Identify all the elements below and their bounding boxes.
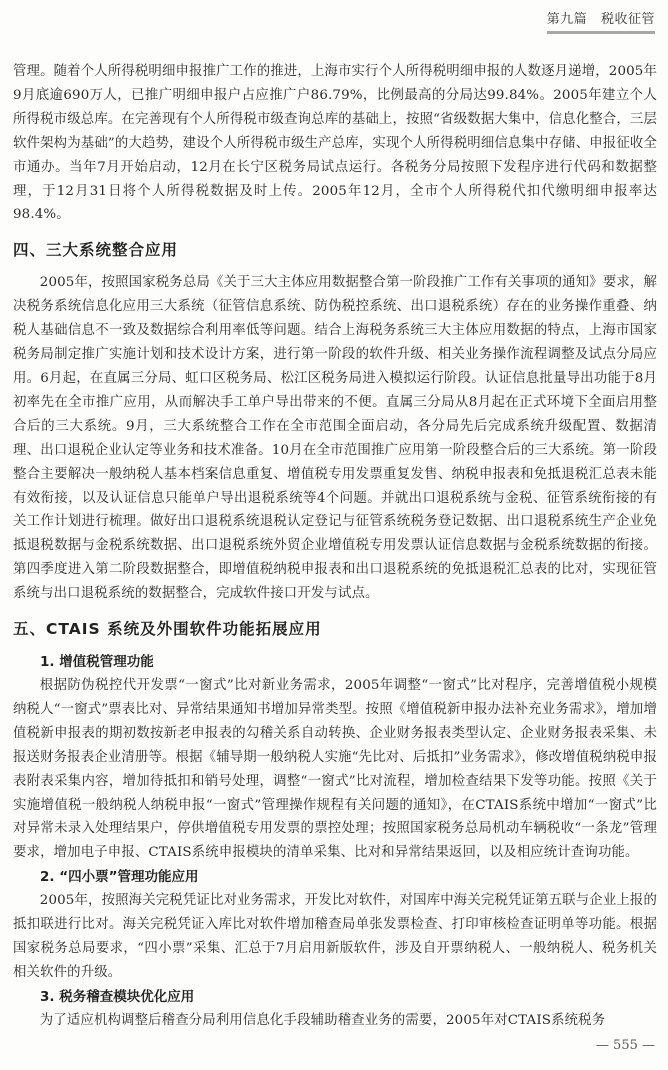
paragraph-continued: 管理。随着个人所得税明细申报推广工作的推进，上海市实行个人所得税明细申报的人数逐… (13, 60, 657, 227)
page-number: — 555 — (596, 1038, 655, 1053)
page-content: 管理。随着个人所得税明细申报推广工作的推进，上海市实行个人所得税明细申报的人数逐… (13, 60, 657, 1033)
subheading-four-small-tickets: 2. “四小票”管理功能应用 (13, 865, 657, 889)
paragraph-four-small-tickets: 2005年，按照海关完税凭证比对业务需求，开发比对软件，对国库中海关完税凭证第五… (13, 889, 657, 985)
paragraph-vat-management: 根据防伪税控代开发票“一窗式”比对新业务需求，2005年调整“一窗式”比对程序，… (13, 674, 657, 865)
paragraph-tax-audit: 为了适应机构调整后稽查分局利用信息化手段辅助稽查业务的需要，2005年对CTAI… (13, 1009, 657, 1033)
paragraph-section4: 2005年，按照国家税务总局《关于三大主体应用数据整合第一阶段推广工作有关事项的… (13, 271, 657, 606)
section-heading-4: 四、三大系统整合应用 (13, 238, 657, 262)
section-heading-5: 五、CTAIS 系统及外围软件功能拓展应用 (13, 617, 657, 641)
running-head-chapter: 第九篇 (547, 12, 588, 27)
subheading-vat-management: 1. 增值税管理功能 (13, 650, 657, 674)
subheading-tax-audit: 3. 税务稽查模块优化应用 (13, 985, 657, 1009)
running-head-title: 税收征管 (601, 12, 655, 27)
running-head: 第九篇 税收征管 (547, 8, 655, 34)
